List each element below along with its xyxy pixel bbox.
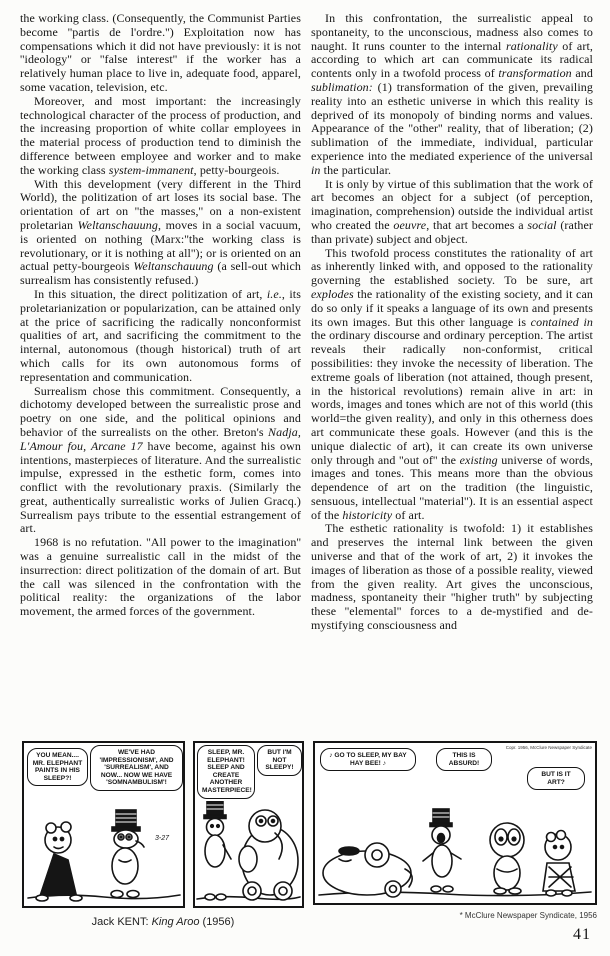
text-run: the particular. <box>321 163 392 177</box>
text-run: and <box>572 66 593 80</box>
paragraph: 1968 is no refutation. ''All power to th… <box>20 536 301 619</box>
italic-text-run: in <box>311 163 321 177</box>
text-run: Surrealism chose this commitment. Conseq… <box>20 384 301 439</box>
speech-balloon: SLEEP, MR. ELEPHANT! SLEEP AND CREATE AN… <box>197 745 255 799</box>
italic-text-run: Weltanschauung <box>133 259 213 273</box>
italic-text-run: system-immanent <box>109 163 194 177</box>
text-run: This twofold process constitutes the rat… <box>311 246 593 288</box>
text-column-right: In this confrontation, the surrealistic … <box>311 12 593 633</box>
paragraph: In this confrontation, the surrealistic … <box>311 12 593 178</box>
italic-text-run: transformation <box>498 66 571 80</box>
speech-balloon: BUT I'M NOT SLEEPY! <box>257 745 302 776</box>
paragraph: This twofold process constitutes the rat… <box>311 247 593 523</box>
paragraph: The esthetic rationality is twofold: 1) … <box>311 522 593 632</box>
italic-text-run: oeuvre <box>393 218 426 232</box>
text-run: the working class. (Consequently, the Co… <box>20 11 301 94</box>
comic-art-sleeping-elephant-and-onlookers <box>315 795 595 903</box>
comic-syndicate-credit: * McClure Newspaper Syndicate, 1956 <box>313 911 597 920</box>
text-run: , petty-bourgeois. <box>194 163 280 177</box>
text-run: , that art becomes a <box>426 218 527 232</box>
text-run: of art. <box>392 508 424 522</box>
paragraph: Surrealism chose this commitment. Conseq… <box>20 385 301 537</box>
comic-art-king-and-questioner <box>24 808 183 906</box>
italic-text-run: rationality <box>506 39 558 53</box>
comic-copyright-line: Copr. 1956, McClure Newspaper Syndicate <box>472 745 592 750</box>
paragraph: In this situation, the direct politizati… <box>20 288 301 385</box>
text-run: The esthetic rationality is twofold: 1) … <box>311 521 593 632</box>
italic-text-run: explodes <box>311 287 354 301</box>
speech-balloon: YOU MEAN.... MR. ELEPHANT PAINTS IN HIS … <box>27 748 88 786</box>
speech-balloon: ♪ GO TO SLEEP, MY BAY HAY BEE! ♪ <box>320 748 416 771</box>
comic-panel-2: SLEEP, MR. ELEPHANT! SLEEP AND CREATE AN… <box>193 741 304 908</box>
italic-text-run: historicity <box>342 508 392 522</box>
comic-caption-attribution: Jack KENT: King Aroo (1956) <box>22 916 304 928</box>
italic-text-run: social <box>527 218 556 232</box>
paragraph: the working class. (Consequently, the Co… <box>20 12 301 95</box>
text-run: , its proletarianization or popularizati… <box>20 287 301 384</box>
italic-text-run: i.e. <box>267 287 282 301</box>
paragraph: With this development (very different in… <box>20 178 301 288</box>
scanned-book-page: the working class. (Consequently, the Co… <box>0 0 610 956</box>
text-run: (1956) <box>199 916 234 928</box>
comic-date-mark: 3-27 <box>155 835 169 842</box>
italic-text-run: contained in <box>531 315 593 329</box>
italic-text-run: sublimation: <box>311 80 373 94</box>
italic-text-run: Weltanschauung <box>78 218 158 232</box>
text-run: have become, against his own intentions,… <box>20 439 301 536</box>
comic-art-king-and-elephant <box>195 801 302 906</box>
text-run: the ordinary discourse and ordinary perc… <box>311 328 593 466</box>
text-run: In this situation, the direct politizati… <box>34 287 267 301</box>
comic-panel-3: Copr. 1956, McClure Newspaper Syndicate … <box>313 741 597 905</box>
page-number: 41 <box>573 926 591 944</box>
comic-panel-1: YOU MEAN.... MR. ELEPHANT PAINTS IN HIS … <box>22 741 185 908</box>
speech-balloon: THIS IS ABSURD! <box>436 748 492 771</box>
paragraph: Moreover, and most important: the increa… <box>20 95 301 178</box>
speech-balloon: BUT IS IT ART? <box>527 767 585 790</box>
italic-text-run: King Aroo <box>152 916 200 928</box>
text-column-left: the working class. (Consequently, the Co… <box>20 12 301 619</box>
text-run: Jack KENT: <box>92 916 152 928</box>
paragraph: It is only by virtue of this sublimation… <box>311 178 593 247</box>
text-run: 1968 is no refutation. ''All power to th… <box>20 535 301 618</box>
speech-balloon: WE'VE HAD 'IMPRESSIONISM', AND 'SURREALI… <box>90 745 183 791</box>
italic-text-run: existing <box>460 453 498 467</box>
